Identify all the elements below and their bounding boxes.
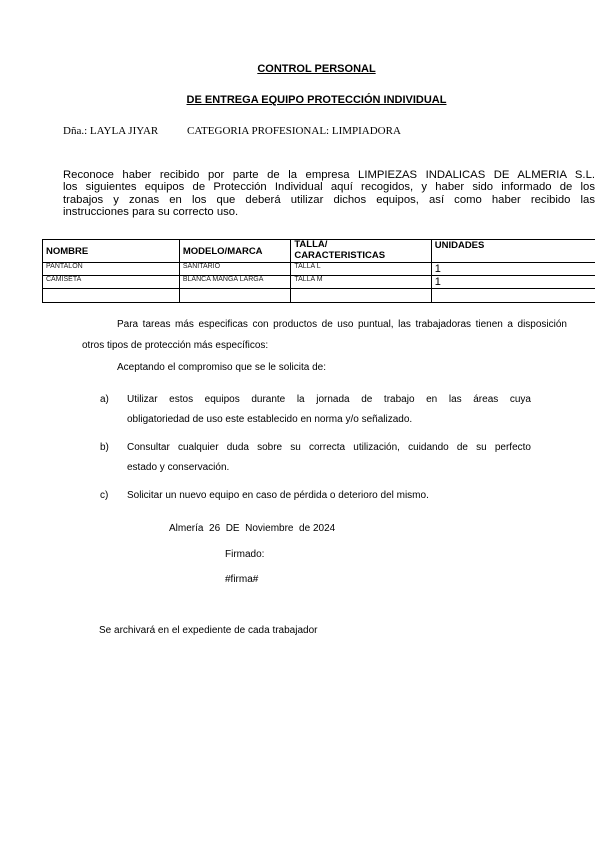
intro-line: los siguientes equipos de Protección Ind… — [63, 181, 595, 193]
header-talla-line2: CARACTERISTICAS — [294, 251, 430, 262]
item-label: c) — [100, 486, 108, 506]
cell-modelo — [179, 289, 290, 303]
table-row: CAMISETA BLANCA MANGA LARGA TALLA M 1 — [43, 276, 595, 289]
intro-line: trabajos y zonas en los que deberá utili… — [63, 194, 595, 206]
item-text: Solicitar un nuevo equipo en caso de pér… — [127, 486, 531, 506]
header-modelo: MODELO/MARCA — [179, 240, 290, 263]
cell-nombre — [43, 289, 180, 303]
header-unidades: UNIDADES — [431, 240, 595, 263]
ppe-table: NOMBRE MODELO/MARCA TALLA/ CARACTERISTIC… — [42, 239, 595, 303]
table-header-row: NOMBRE MODELO/MARCA TALLA/ CARACTERISTIC… — [43, 240, 595, 263]
professional-category: CATEGORIA PROFESIONAL: LIMPIADORA — [187, 125, 401, 137]
intro-line: instrucciones para su correcto uso. — [63, 206, 595, 218]
table-row: PANTALON SANITARIO TALLA L 1 — [43, 263, 595, 276]
item-line: Consultar cualquier duda sobre su correc… — [127, 438, 531, 458]
date-line: Almería 26 DE Noviembre de 2024 — [169, 523, 335, 534]
header-talla-line1: TALLA/ — [294, 240, 430, 251]
intro-line: Reconoce haber recibido por parte de la … — [63, 169, 595, 181]
cell-modelo: SANITARIO — [179, 263, 290, 276]
signature-placeholder: #firma# — [225, 574, 258, 585]
document-subtitle: DE ENTREGA EQUIPO PROTECCIÓN INDIVIDUAL — [0, 94, 595, 106]
item-text: Utilizar estos equipos durante la jornad… — [127, 390, 531, 430]
item-line: estado y conservación. — [127, 458, 531, 478]
employee-name: Dña.: LAYLA JIYAR — [63, 125, 158, 137]
item-line: Solicitar un nuevo equipo en caso de pér… — [127, 486, 531, 506]
cell-talla: TALLA M — [291, 276, 431, 289]
item-label: b) — [100, 438, 109, 458]
cell-unidades: 1 — [431, 263, 595, 276]
item-label: a) — [100, 390, 109, 410]
signed-label: Firmado: — [225, 549, 264, 560]
item-line: Utilizar estos equipos durante la jornad… — [127, 390, 531, 410]
item-text: Consultar cualquier duda sobre su correc… — [127, 438, 531, 478]
cell-nombre: PANTALON — [43, 263, 180, 276]
cell-nombre: CAMISETA — [43, 276, 180, 289]
cell-unidades: 1 — [431, 276, 595, 289]
table-row-empty — [43, 289, 595, 303]
specific-protection-paragraph: Para tareas más especificas con producto… — [82, 314, 567, 356]
cell-talla: TALLA L — [291, 263, 431, 276]
archive-note: Se archivará en el expediente de cada tr… — [99, 625, 317, 636]
intro-paragraph: Reconoce haber recibido por parte de la … — [63, 169, 595, 219]
commitment-intro: Aceptando el compromiso que se le solici… — [117, 362, 326, 373]
document-title: CONTROL PERSONAL — [0, 63, 595, 75]
header-nombre: NOMBRE — [43, 240, 180, 263]
cell-talla — [291, 289, 431, 303]
cell-unidades — [431, 289, 595, 303]
item-line: obligatoriedad de uso este establecido e… — [127, 410, 531, 430]
cell-modelo: BLANCA MANGA LARGA — [179, 276, 290, 289]
header-talla: TALLA/ CARACTERISTICAS — [291, 240, 431, 263]
